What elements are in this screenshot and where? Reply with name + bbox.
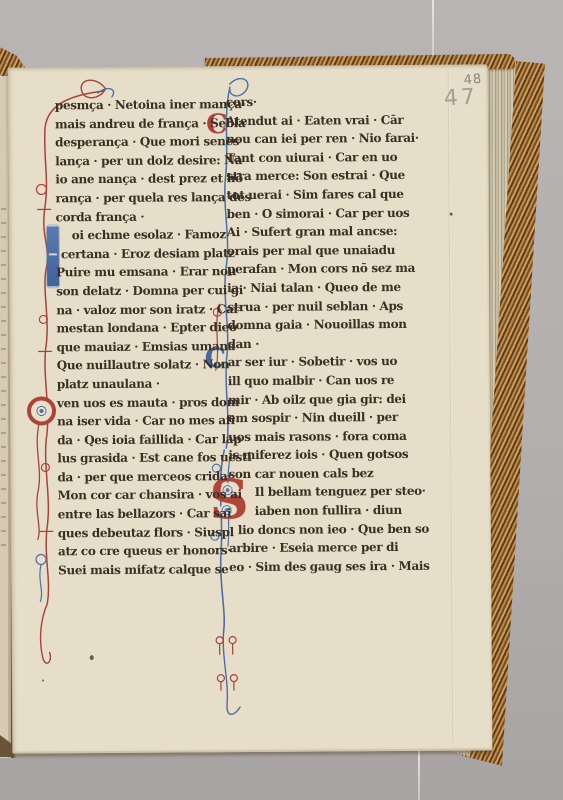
manuscript-text-line: ia · Niai talan · Queo de me [227,278,399,298]
page-crease-line [448,71,454,743]
stanza: pesmça · Netoina iner mança·mais andreu … [55,95,221,226]
manuscript-text-line: pesmça · Netoina iner mança· [55,95,220,115]
manuscript-text-line: em sospir · Nin dueill · per [228,408,400,428]
manuscript-text-line: domna gaia · Nouoillas mon [227,315,399,335]
ink-speck [42,679,44,681]
manuscript-text-line: lus grasida · Est cane fos uesti [57,448,222,468]
illuminated-initial-q-roundel [27,396,56,425]
manuscript-text-line: certana · Eroz desiam platz· [56,244,221,264]
manuscript-text-line: ques debeutaz flors · Siuspl [58,523,223,543]
manuscript-text-line: eo · Sim des gaug ses ira · Mais [229,557,401,577]
showthrough-text-marks [1,208,6,548]
manuscript-text-line: da · Qes ioia faillida · Car lap [57,430,222,450]
manuscript-text-line: Puire mu emsana · Erar nou [56,263,221,283]
manuscript-text-line: strua · per nuil seblan · Aps [227,296,399,316]
stanza: ar ser iur · Sobetir · vos uoill quo mal… [228,352,401,483]
manuscript-text-line: ven uos es mauta · pros dom [57,393,222,413]
manuscript-text-line: tot uerai · Sim fares cal que [226,185,398,205]
manuscript-page: 48 47 [8,64,493,753]
manuscript-text-line: Tant con uiurai · Car en uo [226,148,398,168]
text-column-right: cors·Atendut ai · Eaten vrai · Cārnou ca… [226,92,401,577]
hanging-thread-bottom [418,748,420,800]
stanza: ven uos es mauta · pros domna iser vida … [57,393,223,580]
manuscript-text-line: arbire · Eseia merce per di [229,538,401,558]
manuscript-text-line: io ane nança · dest prez et hō [55,170,220,190]
manuscript-text-line: son delatz · Domna per cui gi [56,281,221,301]
stanza: Il bellam tenguez per steo·iaben non ful… [229,482,402,576]
manuscript-text-line: entre las bellazors · Car sai [58,504,223,524]
manuscript-text-line: ill quo malbir · Can uos re [228,371,400,391]
manuscript-text-line: Ai · Sufert gran mal ancse: [227,222,399,242]
manuscript-text-line: platz unaulana · [57,374,222,394]
manuscript-text-line: son car nouen cals bez [228,464,400,484]
manuscript-text-line: na iser vida · Car no mes afi [57,411,222,431]
manuscript-text-line: perafan · Mon cors nō sez ma [227,259,399,279]
manuscript-text-line: oi echme esolaz · Famoz [56,225,221,245]
manuscript-text-line: que mauiaz · Emsias umana· [57,337,222,357]
stanza: Atendut ai · Eaten vrai · Cārnou can iei… [226,111,400,354]
manuscript-text-line: na · valoz mor son iratz · Car [56,300,221,320]
stanza: oi echme esolaz · Famozcertana · Eroz de… [56,225,222,393]
stanza: cors· [226,92,398,112]
manuscript-text-line: Suei mais mifatz calque se [58,560,223,580]
folio-number-pencil-large: 47 [443,85,478,112]
manuscript-text-line: Atendut ai · Eaten vrai · Cār [226,111,398,131]
photograph-of-manuscript: { "photo": { "description": "Medieval ch… [0,0,563,800]
manuscript-text-line: cors· [226,92,398,112]
manuscript-text-line: Mon cor car chansira · vos ai [58,486,223,506]
manuscript-text-line: uos mais rasons · fora coma [228,427,400,447]
manuscript-text-line: desperança · Que mori senes [55,132,220,152]
manuscript-text-line: atz co cre queus er honors· [58,541,223,561]
text-column-left: pesmça · Netoina iner mança·mais andreu … [55,95,223,580]
manuscript-text-line: orais per mal que unaiadu [227,241,399,261]
manuscript-text-line: dan · [227,334,399,354]
manuscript-text-line: ben · O simorai · Car per uos [227,204,399,224]
manuscript-text-line: lio doncs non ieo · Que ben so [229,520,401,540]
ink-speck [450,213,453,216]
manuscript-text-line: da · per que merceos crida· [57,467,222,487]
manuscript-text-line: Que nuillautre solatz · Non [57,356,222,376]
manuscript-text-line: mir · Ab oilz que gia gir: dei [228,389,400,409]
ink-speck [90,655,94,660]
manuscript-text-line: is miferez iois · Quen gotsos [228,445,400,465]
manuscript-text-line: nou can iei per ren · Nio farai· [226,129,398,149]
manuscript-text-line: lança · per un dolz desire: Na [55,151,220,171]
manuscript-text-line: mestan londana · Epter dieo [56,318,221,338]
manuscript-text-line: iaben non fullira · diun [229,501,401,521]
manuscript-text-line: ar ser iur · Sobetir · vos uo [228,352,400,372]
manuscript-text-line: Il bellam tenguez per steo· [229,482,401,502]
manuscript-text-line: mais andreu de frança · Sebla [55,114,220,134]
manuscript-text-line: rança · per quela res lança des [55,188,220,208]
manuscript-text-line: corda frança · [56,207,221,227]
manuscript-text-line: stra merce: Son estrai · Que [226,166,398,186]
